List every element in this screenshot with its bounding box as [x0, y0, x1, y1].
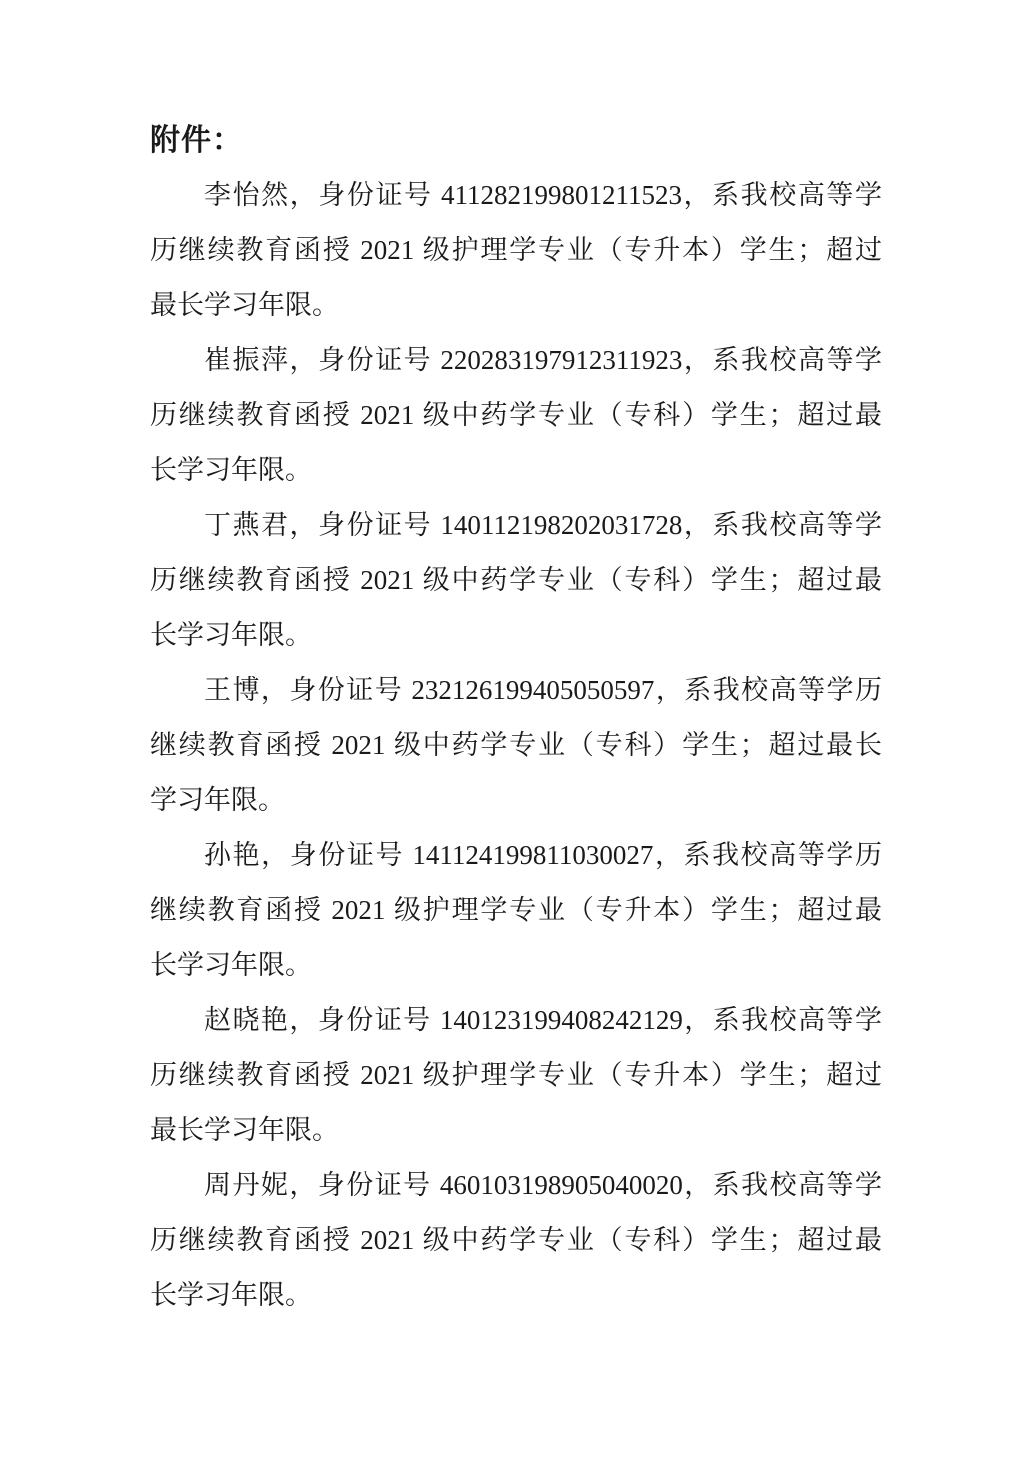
text-line: 丁燕君，身份证号 140112198202031728，系我校高等学: [150, 498, 882, 553]
text-line: 王博，身份证号 232126199405050597，系我校高等学历: [150, 663, 882, 718]
student-entry: 王博，身份证号 232126199405050597，系我校高等学历 继续教育函…: [150, 663, 882, 828]
text-line: 周丹妮，身份证号 460103198905040020，系我校高等学: [150, 1158, 882, 1213]
text-line: 历继续教育函授 2021 级中药学专业（专科）学生；超过最: [150, 553, 882, 608]
text-line: 长学习年限。: [150, 608, 882, 663]
student-entry: 周丹妮，身份证号 460103198905040020，系我校高等学 历继续教育…: [150, 1158, 882, 1323]
text-line: 崔振萍，身份证号 220283197912311923，系我校高等学: [150, 333, 882, 388]
text-line: 学习年限。: [150, 773, 882, 828]
text-line: 长学习年限。: [150, 938, 882, 993]
text-line: 历继续教育函授 2021 级护理学专业（专升本）学生；超过: [150, 1048, 882, 1103]
student-entry: 赵晓艳，身份证号 140123199408242129，系我校高等学 历继续教育…: [150, 993, 882, 1158]
text-line: 长学习年限。: [150, 443, 882, 498]
text-line: 孙艳，身份证号 141124199811030027，系我校高等学历: [150, 828, 882, 883]
text-line: 李怡然，身份证号 411282199801211523，系我校高等学: [150, 168, 882, 223]
student-entry: 李怡然，身份证号 411282199801211523，系我校高等学 历继续教育…: [150, 168, 882, 333]
text-line: 历继续教育函授 2021 级中药学专业（专科）学生；超过最: [150, 388, 882, 443]
text-line: 长学习年限。: [150, 1268, 882, 1323]
attachment-heading: 附件：: [150, 113, 882, 168]
text-line: 继续教育函授 2021 级中药学专业（专科）学生；超过最长: [150, 718, 882, 773]
document-page: 附件： 李怡然，身份证号 411282199801211523，系我校高等学 历…: [0, 0, 1024, 1458]
text-line: 最长学习年限。: [150, 1103, 882, 1158]
text-line: 最长学习年限。: [150, 278, 882, 333]
text-line: 历继续教育函授 2021 级护理学专业（专升本）学生；超过: [150, 223, 882, 278]
student-entry: 崔振萍，身份证号 220283197912311923，系我校高等学 历继续教育…: [150, 333, 882, 498]
student-entry: 孙艳，身份证号 141124199811030027，系我校高等学历 继续教育函…: [150, 828, 882, 993]
text-line: 历继续教育函授 2021 级中药学专业（专科）学生；超过最: [150, 1213, 882, 1268]
student-entry: 丁燕君，身份证号 140112198202031728，系我校高等学 历继续教育…: [150, 498, 882, 663]
text-line: 赵晓艳，身份证号 140123199408242129，系我校高等学: [150, 993, 882, 1048]
text-line: 继续教育函授 2021 级护理学专业（专升本）学生；超过最: [150, 883, 882, 938]
